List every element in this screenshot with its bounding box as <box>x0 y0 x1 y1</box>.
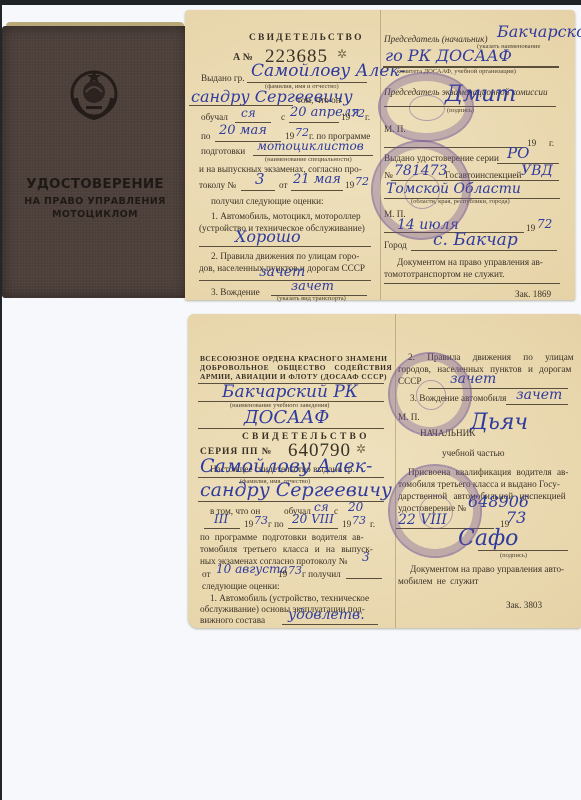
that-he-label: том, что он <box>297 96 341 105</box>
studied-label: обучал <box>201 113 228 122</box>
underline <box>204 528 240 529</box>
gai-stamp <box>371 140 471 240</box>
grade-3-value: зачет <box>516 388 562 402</box>
year-prefix: 19 <box>342 520 351 529</box>
year-prefix: 19 <box>278 570 287 579</box>
year-suffix: г. <box>549 139 554 148</box>
underline <box>411 250 557 251</box>
grade-3-label: 3. Вождение <box>211 288 260 297</box>
year-prefix: 19 <box>526 224 535 233</box>
studied-value: ся <box>241 107 256 119</box>
from-year-handwritten: 73 <box>254 515 268 526</box>
grade-3-caption: (указать вид транспорта) <box>277 296 346 303</box>
protocol-year-handwritten: 73 <box>288 565 302 576</box>
issued-label: Выдано гр. <box>201 74 245 83</box>
underline <box>282 624 378 625</box>
city-label: Город <box>384 241 407 250</box>
head-caption: учебной частью <box>442 449 505 458</box>
issue-year-handwritten: 72 <box>537 218 552 230</box>
program-line-1: по программе подготовки водителя ав- <box>200 533 364 542</box>
year-prefix: 19 <box>341 113 350 122</box>
school-handwritten-1: Бакчарский РК <box>222 384 358 401</box>
year-suffix: г. <box>370 520 375 529</box>
program-line-2: томобиля третьего класса и на выпуск- <box>200 545 373 554</box>
underline <box>289 122 339 123</box>
grades-intro: получил следующие оценки: <box>211 197 324 206</box>
chairman-label: Председатель (начальник) <box>384 35 488 44</box>
to-year-handwritten: 72 <box>295 127 309 138</box>
ornament-icon: ✲ <box>337 48 347 60</box>
grade-1-label-cont-2: вижного состава <box>200 616 265 625</box>
received-label: г получил <box>302 570 341 579</box>
grade-1-value: Хорошо <box>235 229 301 245</box>
certificate-1973: ВСЕСОЮЗНОЕ ОРДЕНА КРАСНОГО ЗНАМЕНИ ДОБРО… <box>188 314 581 628</box>
underline <box>199 280 371 281</box>
to-label: г по <box>268 520 284 529</box>
booklet-cover: УДОСТОВЕРЕНИЕ НА ПРАВО УПРАВЛЕНИЯ МОТОЦИ… <box>2 26 188 298</box>
protocol-number: 3 <box>255 172 265 187</box>
underline <box>478 550 568 551</box>
from-label: от <box>279 181 288 190</box>
signature-caption: (подпись) <box>500 553 527 560</box>
underline <box>241 190 275 191</box>
notice-line-2: мобилем не служит <box>398 577 478 586</box>
school-handwritten-2: ДОСААФ <box>244 409 329 427</box>
surname-handwritten: Самойлову Алек- <box>200 457 372 476</box>
grade-1-label: 1. Автомобиль, мотоцикл, мотороллер <box>211 212 361 221</box>
year-suffix: г. <box>365 113 370 122</box>
fold-line <box>380 10 381 300</box>
specialty-handwritten: мотоциклистов <box>257 140 364 152</box>
cover-title: УДОСТОВЕРЕНИЕ <box>2 176 188 192</box>
cert-heading: СВИДЕТЕЛЬСТВО <box>249 34 364 44</box>
grade-1-label: 1. Автомобиль (устройство, техническое <box>210 594 369 603</box>
city-handwritten: с. Бакчар <box>433 232 518 249</box>
order-number: Зак. 1869 <box>515 290 551 299</box>
underline <box>346 578 382 579</box>
from-label: с <box>334 507 338 516</box>
gai-unit: УВД <box>521 164 553 178</box>
notice-line-1: Документом на право управления авто- <box>410 565 564 574</box>
org-handwritten-2: го РК ДОСААФ <box>385 48 512 64</box>
dosaaf-school-stamp <box>388 352 472 436</box>
name-cont-handwritten: сандру Сергеевичу <box>200 481 392 500</box>
certificate-1972: СВИДЕТЕЛЬСТВО А № 223685 ✲ Выдано гр. Са… <box>185 10 575 300</box>
to-date-handwritten: 20 VIII <box>292 513 334 525</box>
ornament-icon: ✲ <box>356 443 366 455</box>
org-line-1: ВСЕСОЮЗНОЕ ОРДЕНА КРАСНОГО ЗНАМЕНИ <box>200 355 387 362</box>
issued-series: РО <box>507 146 529 161</box>
underline <box>198 428 384 429</box>
underline <box>291 190 343 191</box>
protocol-label: токолу № <box>199 181 236 190</box>
protocol-date-handwritten: 10 августа <box>216 563 288 575</box>
underline <box>506 404 568 405</box>
cover-subtitle-2: МОТОЦИКЛОМ <box>2 209 188 220</box>
grades-intro: следующие оценки: <box>202 582 280 591</box>
fold-line <box>395 314 396 628</box>
year-prefix: 19 <box>244 520 253 529</box>
from-month-handwritten: III <box>214 513 228 525</box>
scanner-edge <box>0 0 581 5</box>
head-signature: Дьяч <box>470 412 528 434</box>
to-label: по <box>201 132 211 141</box>
grade-2-value: зачет <box>259 265 305 279</box>
grade-1-value: удовлетв. <box>288 608 365 622</box>
grade-2-label: 2. Правила движения по улицам горо- <box>211 252 359 261</box>
dosaaf-stamp <box>378 72 474 142</box>
from-year-handwritten: 72 <box>351 108 365 119</box>
underline <box>384 283 560 284</box>
notice-line-2: томототранспортом не служит. <box>384 270 504 279</box>
protocol-number: 3 <box>362 551 370 563</box>
from-label: от <box>202 570 211 579</box>
underline <box>199 246 371 247</box>
cover-subtitle-1: НА ПРАВО УПРАВЛЕНИЯ <box>2 196 188 207</box>
training-label: подготовки <box>201 147 245 156</box>
org-handwritten-1: Бакчарско- <box>497 24 581 40</box>
from-label: с <box>281 113 285 122</box>
gai-stamp <box>388 464 482 558</box>
ussr-coat-of-arms-icon <box>68 68 120 122</box>
series-label: А № <box>233 53 253 63</box>
org-line-2: ДОБРОВОЛЬНОЕ ОБЩЕСТВО СОДЕЙСТВИЯ <box>200 364 392 371</box>
to-date-handwritten: 20 мая <box>219 124 267 137</box>
notice-line-1: Документом на право управления ав- <box>397 258 543 267</box>
grade-3-value: зачет <box>291 280 334 293</box>
protocol-date-handwritten: 21 мая <box>293 173 341 186</box>
issue-year-handwritten: 73 <box>506 510 526 526</box>
underline <box>288 528 338 529</box>
protocol-year-handwritten: 72 <box>355 176 369 187</box>
org-line-3: АРМИИ, АВИАЦИИ И ФЛОТУ (ДОСААФ СССР) <box>200 373 387 380</box>
specialty-caption: (наименование специальности) <box>265 157 352 164</box>
order-number: Зак. 3803 <box>506 601 542 610</box>
year-prefix: 19 <box>345 181 354 190</box>
from-day-handwritten: 20 <box>348 501 363 513</box>
to-year-handwritten: 73 <box>352 515 366 526</box>
